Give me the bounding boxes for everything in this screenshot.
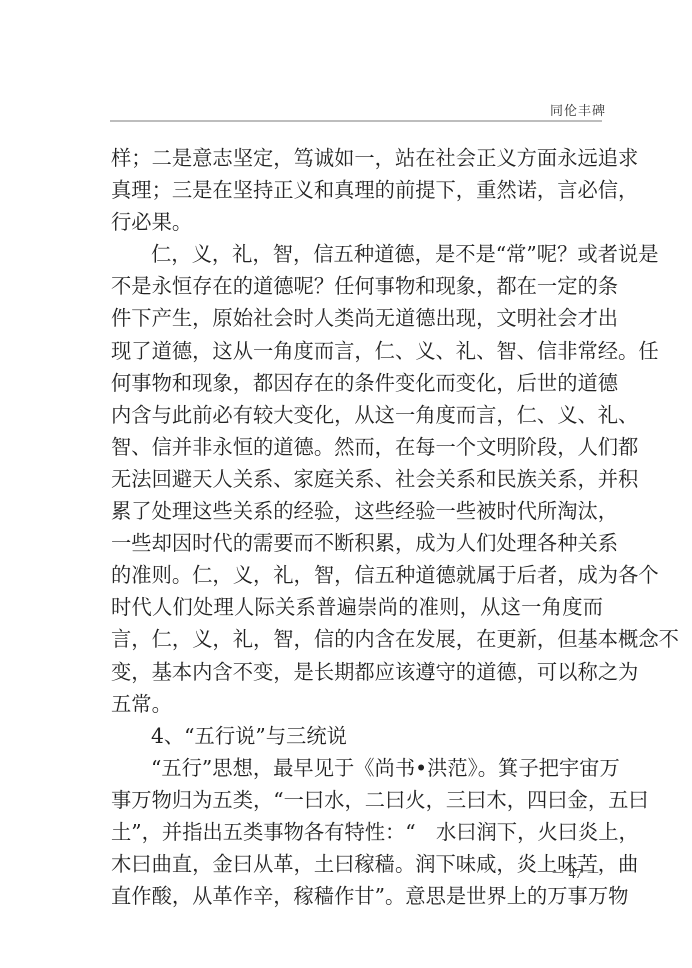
text-line: 何事物和现象，都因存在的条件变化而变化，后世的道德 [111,367,603,399]
text-line: 不是永恒存在的道德呢？任何事物和现象，都在一定的条 [111,270,603,302]
text-line: 无法回避天人关系、家庭关系、社会关系和民族关系，并积 [111,463,603,495]
text-line: 智、信并非永恒的道德。然而，在每一个文明阶段，人们都 [111,431,603,463]
text-line: 现了道德，这从一角度而言，仁、义、礼、智、信非常经。任 [111,335,603,367]
page-number: － 47 － [551,863,600,883]
body-text: 样；二是意志坚定，笃诚如一，站在社会正义方面永远追求 真理；三是在坚持正义和真理… [111,142,603,912]
text-line: 变，基本内含不变，是长期都应该遵守的道德，可以称之为 [111,656,603,688]
text-line: 件下产生，原始社会时人类尚无道德出现，文明社会才出 [111,302,603,334]
section-heading: 4、“五行说”与三统说 [111,720,603,752]
paragraph-start-line: 仁，义，礼，智，信五种道德，是不是“常”呢？或者说是 [111,238,603,270]
text-line: 言，仁，义，礼，智，信的内含在发展，在更新，但基本概念不 [111,623,603,655]
text-line: 累了处理这些关系的经验，这些经验一些被时代所淘汰， [111,495,603,527]
text-line: 真理；三是在坚持正义和真理的前提下，重然诺，言必信， [111,174,603,206]
text-line: 五常。 [111,688,603,720]
paragraph-start-line: “五行”思想，最早见于《尚书•洪范》。箕子把宇宙万 [111,752,603,784]
text-line: 事万物归为五类，“一曰水，二曰火，三曰木，四曰金，五曰 [111,784,603,816]
text-line: 的准则。仁，义，礼，智，信五种道德就属于后者，成为各个 [111,559,603,591]
header-divider [110,120,602,122]
text-line: 木曰曲直，金曰从革，土曰稼穑。润下味咸，炎上味苦，曲 [111,848,603,880]
text-line: 内含与此前必有较大变化，从这一角度而言，仁、义、礼、 [111,399,603,431]
text-line: 一些却因时代的需要而不断积累，成为人们处理各种关系 [111,527,603,559]
text-line: 时代人们处理人际关系普遍崇尚的准则，从这一角度而 [111,591,603,623]
text-line: 样；二是意志坚定，笃诚如一，站在社会正义方面永远追求 [111,142,603,174]
text-line: 直作酸，从革作辛，稼穑作甘”。意思是世界上的万事万物 [111,880,603,912]
text-line: 土”，并指出五类事物各有特性：“ 水曰润下，火曰炎上， [111,816,603,848]
text-line: 行必果。 [111,206,603,238]
running-header-title: 同伦丰碑 [550,100,606,119]
